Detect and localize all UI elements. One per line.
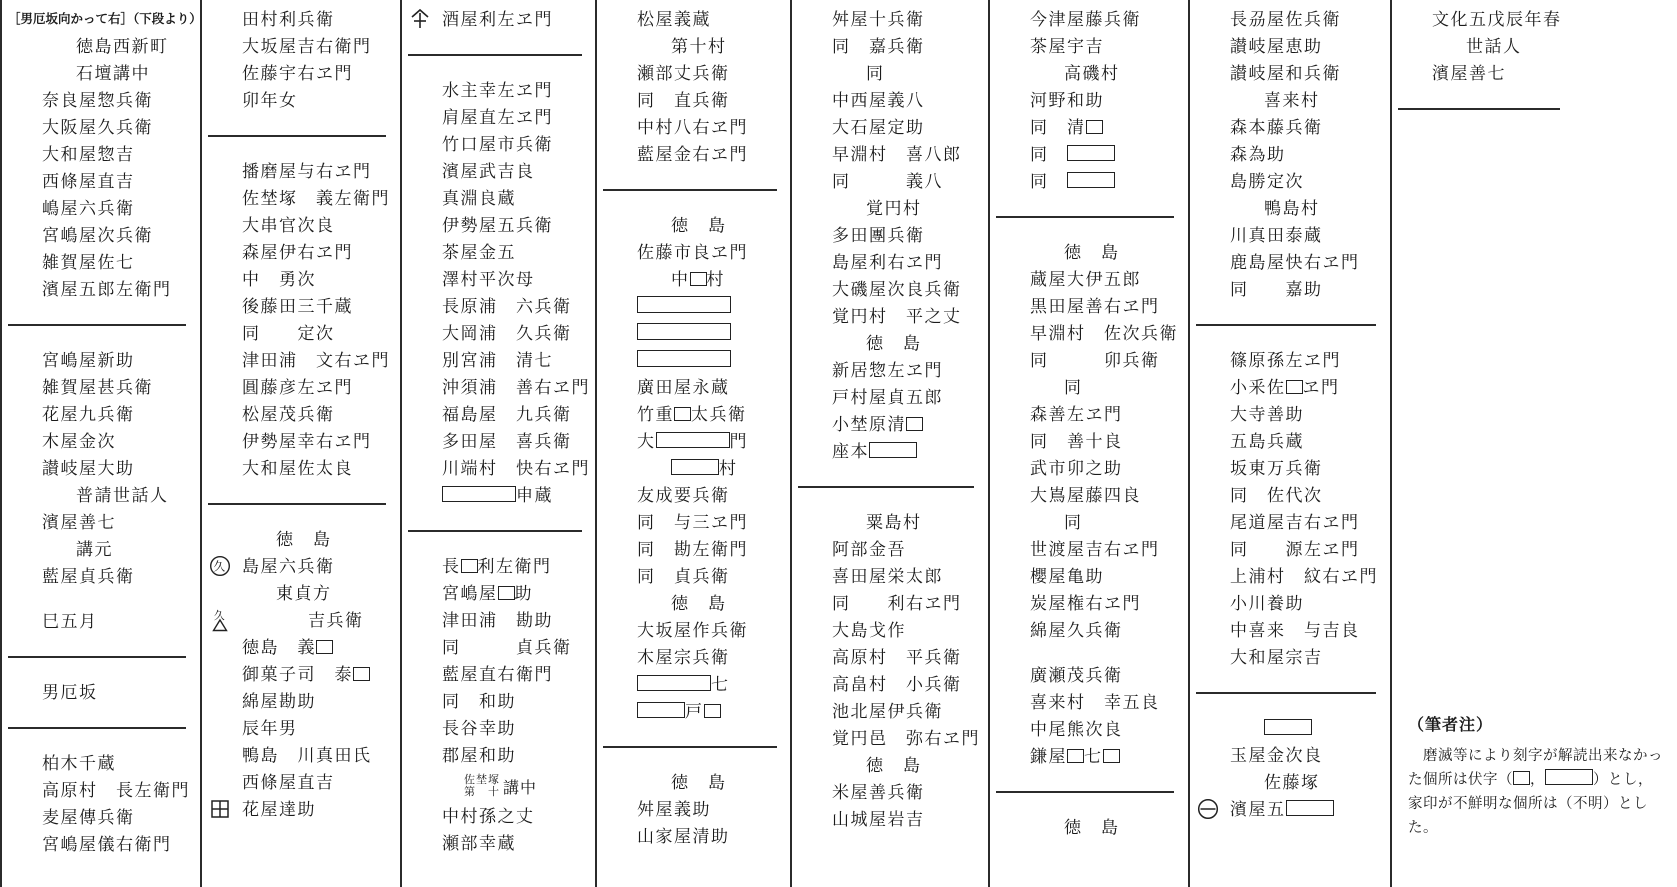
redacted-box-w (637, 675, 711, 691)
name-entry-text: 舛屋義助 (637, 800, 711, 819)
redacted-box-b (1067, 749, 1084, 763)
name-entry-row: 麦屋傳兵衛 (2, 804, 200, 831)
name-entry-row: 徳 島 (792, 752, 988, 779)
name-entry-row: 大石屋定助 (792, 114, 988, 141)
name-entry-row: 長谷幸助 (402, 715, 595, 742)
divider-row (1392, 87, 1677, 131)
name-entry-text: 花屋達助 (242, 800, 316, 819)
name-entry-row: 徳 島 (597, 769, 790, 796)
name-entry-row: 同 源左ヱ門 (1190, 536, 1390, 563)
name-entry-text: 郡屋和助 (442, 746, 516, 765)
name-entry-text: 沖須浦 善右ヱ門 (442, 378, 590, 397)
name-entry-text: 森為助 (1230, 145, 1286, 164)
name-entry-row: 木屋金次 (2, 428, 200, 455)
name-entry-row: 御菓子司 泰 (202, 661, 400, 688)
name-entry-text: 鎌屋七 (1030, 747, 1120, 766)
name-entry-text: 大嶌屋藤四良 (1030, 486, 1141, 505)
name-entry-text: 徳 島 (1064, 818, 1120, 837)
column-4: 松屋義蔵第十村瀬部丈兵衛同 直兵衛中村八右ヱ門藍屋金右ヱ門徳 島佐藤市良ヱ門中村… (595, 0, 790, 887)
name-entry-text (1264, 719, 1312, 738)
name-entry-row: 中村 (597, 266, 790, 293)
name-entry-row: 肩屋直左ヱ門 (402, 104, 595, 131)
name-entry-row: 佐藤宇右ヱ門 (202, 60, 400, 87)
redacted-box-m (869, 442, 917, 458)
name-entry-text: 茶屋金五 (442, 243, 516, 262)
name-entry-row: 早淵村 喜八郎 (792, 141, 988, 168)
name-entry-text: 申蔵 (442, 486, 553, 505)
name-entry-row: 男厄坂 (2, 679, 200, 706)
name-entry-row: 長利左衛門 (402, 553, 595, 580)
kamon-crossed-square-icon (209, 798, 231, 820)
name-entry-text: 徳 島 (671, 594, 727, 613)
name-entry-text: 大岡浦 久兵衛 (442, 324, 572, 343)
section-divider-line (798, 486, 974, 488)
name-entry-row: 卯年女 (202, 87, 400, 114)
name-entry-text: 戸 (637, 702, 721, 721)
name-entry-text: 中喜来 与吉良 (1230, 621, 1360, 640)
name-entry-row: 大島戈作 (792, 617, 988, 644)
name-entry-row: 森為助 (1190, 141, 1390, 168)
name-entry-row: 中喜来 与吉良 (1190, 617, 1390, 644)
name-entry-text: 森本藤兵衛 (1230, 118, 1323, 137)
name-entry-row: 炭屋権右ヱ門 (990, 590, 1188, 617)
name-entry-row: 尾道屋吉右ヱ門 (1190, 509, 1390, 536)
name-entry-text: 蔵屋大伊五郎 (1030, 270, 1141, 289)
kamon-circled-kyu-icon: 久 (209, 555, 231, 577)
name-entry-row: 篠原孫左ヱ門 (1190, 347, 1390, 374)
name-entry-text: 宮嶋屋新助 (42, 351, 135, 370)
name-entry-text: 播磨屋与右ヱ門 (242, 162, 372, 181)
name-entry-row: 村 (597, 455, 790, 482)
name-entry-row: 鎌屋七 (990, 743, 1188, 770)
name-entry-row: 坂東万兵衛 (1190, 455, 1390, 482)
name-entry-row: 同 (990, 509, 1188, 536)
name-entry-row: 徳島 義 (202, 634, 400, 661)
name-entry-text: 大阪屋久兵衛 (42, 118, 153, 137)
name-entry-row: 宮嶋屋新助 (2, 347, 200, 374)
name-entry-row: 長刕屋佐兵衛 (1190, 6, 1390, 33)
name-entry-text: 山城屋岩吉 (832, 810, 925, 829)
name-entry-text: 玉屋金次良 (1230, 746, 1323, 765)
name-entry-row: 五島兵蔵 (1190, 428, 1390, 455)
name-entry-row: 藍屋貞兵衛 (2, 563, 200, 590)
name-entry-text: 友成要兵衛 (637, 486, 730, 505)
divider-row (990, 770, 1188, 814)
name-entry-text: 同 勘左衛門 (637, 540, 748, 559)
name-entry-text: 雑賀屋甚兵衛 (42, 378, 153, 397)
name-entry-text: 森屋伊右ヱ門 (242, 243, 353, 262)
name-entry-row: 阿部金吾 (792, 536, 988, 563)
name-entry-text: 小釆佐ヱ門 (1230, 378, 1340, 397)
name-entry-text: 中西屋義八 (832, 91, 925, 110)
redacted-box-b (1086, 120, 1103, 134)
name-entry-row: 瀬部丈兵衛 (597, 60, 790, 87)
name-entry-row: 中尾熊次良 (990, 716, 1188, 743)
name-entry-row: 石壇講中 (2, 60, 200, 87)
name-entry-text: 後藤田三千蔵 (242, 297, 353, 316)
name-entry-text: 東貞方 (276, 584, 332, 603)
section-divider-line (603, 189, 777, 191)
name-entry-row: 戸村屋貞五郎 (792, 384, 988, 411)
name-entry-text: 廣瀬茂兵衛 (1030, 666, 1123, 685)
name-entry-row: 中村孫之丈 (402, 803, 595, 830)
name-entry-row: 藍屋金右ヱ門 (597, 141, 790, 168)
section-divider-line (8, 656, 186, 658)
redacted-box-b (461, 559, 478, 573)
name-entry-row: 世話人 (1392, 33, 1677, 60)
redacted-box-b (1513, 771, 1530, 785)
name-entry-text: 鹿島屋快右ヱ門 (1230, 253, 1360, 272)
name-entry-text: 同 貞兵衛 (442, 638, 572, 657)
name-entry-row: 森本藤兵衛 (1190, 114, 1390, 141)
name-entry-row: 津田浦 勘助 (402, 607, 595, 634)
name-entry-text: 津田浦 文右ヱ門 (242, 351, 390, 370)
transcriber-note: （筆者注） 磨滅等により刻字が解読出来なかった個所は伏字（，）とし，家印が不鮮明… (1392, 712, 1677, 841)
name-entry-text: 第十村 (671, 37, 727, 56)
name-entry-text: 高磯村 (1064, 64, 1120, 83)
name-entry-row: 玉屋金次良 (1190, 742, 1390, 769)
name-entry-row: 大岡浦 久兵衛 (402, 320, 595, 347)
name-entry-row: 同 清 (990, 114, 1188, 141)
name-entry-text: 早淵村 佐次兵衛 (1030, 324, 1178, 343)
column-1: ［男厄坂向かって右］（下段より）徳島西新町石壇講中奈良屋惣兵衛大阪屋久兵衛大和屋… (0, 0, 200, 887)
name-entry-row: 柏木千蔵 (2, 750, 200, 777)
name-entry-text: 講元 (76, 540, 113, 559)
name-entry-text: 嶋屋六兵衛 (42, 199, 135, 218)
name-entry-row: 津田浦 文右ヱ門 (202, 347, 400, 374)
name-entry-text: 濱屋武吉良 (442, 162, 535, 181)
divider-row (2, 635, 200, 679)
name-entry-text: 小川養助 (1230, 594, 1304, 613)
name-entry-row: 高原村 平兵衛 (792, 644, 988, 671)
name-entry-text: 島屋六兵衛 (242, 557, 335, 576)
redacted-box-b (906, 417, 923, 431)
name-entry-text (637, 324, 731, 343)
divider-row (2, 706, 200, 750)
stacked-suffix-text: 講中 (503, 775, 537, 798)
name-entry-row: 水主幸左ヱ門 (402, 77, 595, 104)
name-entry-text: 同 嘉助 (1230, 280, 1323, 299)
transcriber-note-title: （筆者注） (1408, 712, 1665, 735)
name-entry-row: 小釆佐ヱ門 (1190, 374, 1390, 401)
name-entry-text: 男厄坂 (42, 683, 98, 702)
name-entry-text: 上浦村 紋右ヱ門 (1230, 567, 1378, 586)
name-entry-row: 花屋九兵衛 (2, 401, 200, 428)
name-entry-row: 宮嶋屋次兵衛 (2, 222, 200, 249)
name-entry-text: 武市卯之助 (1030, 459, 1123, 478)
name-entry-text: 多田屋 喜兵衛 (442, 432, 572, 451)
section-divider-line (208, 135, 386, 137)
redacted-box-b (316, 640, 333, 654)
kamon-caret-cross-icon (409, 8, 431, 30)
name-entry-row: 大坂屋作兵衛 (597, 617, 790, 644)
name-entry-text: 西條屋直吉 (242, 773, 335, 792)
redacted-box-b (1103, 749, 1120, 763)
name-entry-text: 真淵良蔵 (442, 189, 516, 208)
column-8: 文化五戊辰年春世話人濱屋善七（筆者注） 磨滅等により刻字が解読出来なかった個所は… (1390, 0, 1677, 887)
name-entry-text: 福島屋 九兵衛 (442, 405, 572, 424)
name-entry-row: 鴨島村 (1190, 195, 1390, 222)
name-entry-row: 徳 島 (597, 590, 790, 617)
name-entry-row: 竹重太兵衛 (597, 401, 790, 428)
name-entry-text: 澤村平次母 (442, 270, 535, 289)
name-entry-row: 鴨島 川真田氏 (202, 742, 400, 769)
name-entry-row: 同 勘左衛門 (597, 536, 790, 563)
name-entry-text: 多田團兵衛 (832, 226, 925, 245)
name-entry-text: 粟島村 (866, 513, 922, 532)
name-entry-text: 圓藤彦左ヱ門 (242, 378, 353, 397)
name-entry-text: 文化五戊辰年春 (1432, 10, 1562, 29)
name-entry-row: 高磯村 (990, 60, 1188, 87)
name-entry-text: 佐藤宇右ヱ門 (242, 64, 353, 83)
name-entry-text: 五島兵蔵 (1230, 432, 1304, 451)
name-entry-text: 濱屋善七 (1432, 64, 1506, 83)
name-entry-text: 徳 島 (866, 756, 922, 775)
name-entry-text: 喜田屋栄太郎 (832, 567, 943, 586)
name-entry-row: 濱屋五郎左衛門 (2, 276, 200, 303)
name-entry-row: 同 和助 (402, 688, 595, 715)
name-entry-row: 大門 (597, 428, 790, 455)
name-entry-row: 瀬部幸蔵 (402, 830, 595, 857)
name-entry-text: 麦屋傳兵衛 (42, 808, 135, 827)
name-entry-row: 舛屋十兵衛 (792, 6, 988, 33)
name-entry-text: 津田浦 勘助 (442, 611, 553, 630)
name-entry-text: 別宮浦 清七 (442, 351, 553, 370)
name-entry-row: 雑賀屋甚兵衛 (2, 374, 200, 401)
name-entry-text: 覚円邑 弥右ヱ門 (832, 729, 980, 748)
section-divider-line (996, 791, 1174, 793)
name-entry-row: 同 (990, 141, 1188, 168)
name-entry-row: 島勝定次 (1190, 168, 1390, 195)
name-entry-row: 同 義八 (792, 168, 988, 195)
name-entry-text: 櫻屋亀助 (1030, 567, 1104, 586)
scanned-register-page: ［男厄坂向かって右］（下段より）徳島西新町石壇講中奈良屋惣兵衛大阪屋久兵衛大和屋… (0, 0, 1677, 887)
name-entry-row: 佐埜塚 義左衛門 (202, 185, 400, 212)
name-entry-text: 宮嶋屋次兵衛 (42, 226, 153, 245)
redacted-box-xl (637, 350, 731, 367)
name-entry-text: 佐藤塚 (1264, 773, 1320, 792)
name-entry-row: 松屋義蔵 (597, 6, 790, 33)
name-entry-row: 上浦村 紋右ヱ門 (1190, 563, 1390, 590)
name-entry-text: 大門 (637, 432, 748, 451)
name-entry-row: 徳 島 (990, 814, 1188, 841)
name-entry-row: 同 定次 (202, 320, 400, 347)
name-entry-text (637, 297, 731, 316)
vertical-gap (990, 644, 1188, 662)
column-7: 長刕屋佐兵衛讃岐屋恵助讃岐屋和兵衛喜来村森本藤兵衛森為助島勝定次鴨島村川真田泰蔵… (1188, 0, 1390, 887)
name-entry-text: 讃岐屋大助 (42, 459, 135, 478)
name-entry-row: 普請世話人 (2, 482, 200, 509)
column-header-row: ［男厄坂向かって右］（下段より） (2, 6, 200, 33)
name-entry-row: 新居惣左ヱ門 (792, 357, 988, 384)
name-entry-row: 澤村平次母 (402, 266, 595, 293)
name-entry-row: 讃岐屋恵助 (1190, 33, 1390, 60)
name-entry-row: 宮嶋屋助 (402, 580, 595, 607)
name-entry-text: 同 佐代次 (1230, 486, 1323, 505)
name-entry-text: 佐藤市良ヱ門 (637, 243, 748, 262)
name-entry-text: 島勝定次 (1230, 172, 1304, 191)
name-entry-text: 讃岐屋和兵衛 (1230, 64, 1341, 83)
column-2: 田村利兵衛大坂屋吉右衛門佐藤宇右ヱ門卯年女播磨屋与右ヱ門佐埜塚 義左衛門大串官次… (200, 0, 400, 887)
name-entry-text: 同 (1030, 172, 1115, 191)
name-entry-text: 大島戈作 (832, 621, 906, 640)
name-entry-text: 舛屋十兵衛 (832, 10, 925, 29)
name-entry-text: 吉兵衛 (308, 611, 364, 630)
name-entry-row: 覚円村 平之丈 (792, 303, 988, 330)
name-entry-row: 山城屋岩吉 (792, 806, 988, 833)
name-entry-row: 今津屋藤兵衛 (990, 6, 1188, 33)
section-divider-line (1196, 324, 1376, 326)
redacted-box-m (1067, 145, 1115, 161)
name-entry-text: 巳五月 (42, 612, 98, 631)
name-entry-text: 今津屋藤兵衛 (1030, 10, 1141, 29)
redacted-box-m (671, 459, 719, 475)
name-entry-text: 森善左ヱ門 (1030, 405, 1123, 424)
redacted-box-m (1286, 800, 1334, 816)
name-entry-text: 中尾熊次良 (1030, 720, 1123, 739)
name-entry-text: 伊勢屋五兵衛 (442, 216, 553, 235)
name-entry-row: 喜田屋栄太郎 (792, 563, 988, 590)
redacted-box-b (674, 407, 691, 421)
name-entry-row: 森善左ヱ門 (990, 401, 1188, 428)
name-entry-row: 同 善十良 (990, 428, 1188, 455)
name-entry-text: 坂東万兵衛 (1230, 459, 1323, 478)
name-entry-text: 同 和助 (442, 692, 516, 711)
name-entry-row: 長原浦 六兵衛 (402, 293, 595, 320)
name-entry-text: 同 与三ヱ門 (637, 513, 748, 532)
name-entry-row: 山家屋清助 (597, 823, 790, 850)
divider-row (202, 482, 400, 526)
name-entry-row: 舛屋義助 (597, 796, 790, 823)
redacted-box-w (656, 432, 730, 448)
name-entry-row: 小川養助 (1190, 590, 1390, 617)
name-entry-text: 大和屋佐太良 (242, 459, 353, 478)
name-entry-text: 高原村 長左衛門 (42, 781, 190, 800)
stacked-annotation-row: 佐埜塚第 十講中 (402, 769, 595, 803)
name-entry-text: 濱屋五 (1230, 800, 1334, 819)
name-entry-text: 島屋利右ヱ門 (832, 253, 943, 272)
name-entry-row: 同 貞兵衛 (597, 563, 790, 590)
name-entry-row: 同 利右ヱ門 (792, 590, 988, 617)
name-entry-row: 戸 (597, 698, 790, 725)
column-header-text: ［男厄坂向かって右］（下段より） (8, 12, 202, 26)
name-entry-text: 木屋金次 (42, 432, 116, 451)
name-entry-row: 同 嘉兵衛 (792, 33, 988, 60)
name-entry-text: 鴨島 川真田氏 (242, 746, 372, 765)
name-entry-text: 濱屋善七 (42, 513, 116, 532)
name-entry-text: 同 清 (1030, 118, 1103, 137)
name-entry-text: 徳 島 (276, 530, 332, 549)
name-entry-row: 森屋伊右ヱ門 (202, 239, 400, 266)
name-entry-text: 同 善十良 (1030, 432, 1123, 451)
section-divider-line (1398, 108, 1560, 110)
name-entry-text: 七 (637, 675, 730, 694)
name-entry-text: 早淵村 喜八郎 (832, 145, 962, 164)
name-entry-row: 伊勢屋幸右ヱ門 (202, 428, 400, 455)
name-entry-row: 久島屋六兵衛 (202, 553, 400, 580)
name-entry-row: 河野和助 (990, 87, 1188, 114)
name-entry-row: 川端村 快右ヱ門 (402, 455, 595, 482)
name-entry-text: 柏木千蔵 (42, 754, 116, 773)
name-entry-row: 蔵屋大伊五郎 (990, 266, 1188, 293)
name-entry-row: 大磯屋次良兵衛 (792, 276, 988, 303)
name-entry-text: 廣田屋永蔵 (637, 378, 730, 397)
name-entry-row: 同 (990, 374, 1188, 401)
name-entry-row: 大寺善助 (1190, 401, 1390, 428)
name-entry-text: 同 利右ヱ門 (832, 594, 962, 613)
name-entry-text: 同 定次 (242, 324, 335, 343)
name-entry-text: 田村利兵衛 (242, 10, 335, 29)
column-3: 酒屋利左ヱ門水主幸左ヱ門肩屋直左ヱ門竹口屋市兵衛濱屋武吉良真淵良蔵伊勢屋五兵衛茶… (400, 0, 595, 887)
name-entry-row: 松屋茂兵衛 (202, 401, 400, 428)
name-entry-text: 西條屋直吉 (42, 172, 135, 191)
name-entry-row: 同 卯兵衛 (990, 347, 1188, 374)
name-entry-row: 酒屋利左ヱ門 (402, 6, 595, 33)
name-entry-text: 戸村屋貞五郎 (832, 388, 943, 407)
divider-row (1190, 671, 1390, 715)
name-entry-text: 大磯屋次良兵衛 (832, 280, 962, 299)
name-entry-text: 濱屋五郎左衛門 (42, 280, 172, 299)
name-entry-text: 御菓子司 泰 (242, 665, 370, 684)
name-entry-row: 廣田屋永蔵 (597, 374, 790, 401)
section-divider-line (408, 530, 582, 532)
name-entry-text: 大坂屋作兵衛 (637, 621, 748, 640)
name-entry-text: 酒屋利左ヱ門 (442, 10, 553, 29)
name-entry-text: 覚円村 平之丈 (832, 307, 962, 326)
name-entry-text: 村 (671, 459, 738, 478)
name-entry-text: 同 貞兵衛 (637, 567, 730, 586)
name-entry-row: 小埜原清 (792, 411, 988, 438)
name-entry-row: 櫻屋亀助 (990, 563, 1188, 590)
name-entry-row: 覚円邑 弥右ヱ門 (792, 725, 988, 752)
name-entry-text: 竹口屋市兵衛 (442, 135, 553, 154)
name-entry-text: 松屋茂兵衛 (242, 405, 335, 424)
name-entry-row: 沖須浦 善右ヱ門 (402, 374, 595, 401)
name-entry-row: 濱屋武吉良 (402, 158, 595, 185)
divider-row (402, 509, 595, 553)
name-entry-row: 座本 (792, 438, 988, 465)
name-entry-text: 藍屋貞兵衛 (42, 567, 135, 586)
name-entry-row: 雑賀屋佐七 (2, 249, 200, 276)
redacted-box-b (704, 704, 721, 718)
name-entry-row: 藍屋直右衛門 (402, 661, 595, 688)
name-entry-row: 竹口屋市兵衛 (402, 131, 595, 158)
redacted-box-w (442, 486, 516, 502)
name-entry-row: 七 (597, 671, 790, 698)
redacted-box-m (1545, 769, 1593, 785)
name-entry-row: 大串官次良 (202, 212, 400, 239)
name-entry-row: 圓藤彦左ヱ門 (202, 374, 400, 401)
name-entry-row: 黒田屋善右ヱ門 (990, 293, 1188, 320)
section-divider-line (8, 727, 186, 729)
name-entry-text: 中 勇次 (242, 270, 316, 289)
redacted-box-xl (637, 323, 731, 340)
name-entry-text: 尾道屋吉右ヱ門 (1230, 513, 1360, 532)
name-entry-text: 喜来村 幸五良 (1030, 693, 1160, 712)
name-entry-text: 徳島 義 (242, 638, 333, 657)
divider-row (2, 303, 200, 347)
name-entry-text: 阿部金吾 (832, 540, 906, 559)
name-entry-text: 瀬部丈兵衛 (637, 64, 730, 83)
name-entry-text: 大和屋惣吉 (42, 145, 135, 164)
name-entry-text: 徳 島 (671, 773, 727, 792)
name-entry-text: 高畠村 小兵衛 (832, 675, 962, 694)
name-entry-text: 花屋九兵衛 (42, 405, 135, 424)
name-entry-row: 中 勇次 (202, 266, 400, 293)
name-entry-row: 讃岐屋和兵衛 (1190, 60, 1390, 87)
name-entry-text: 藍屋金右ヱ門 (637, 145, 748, 164)
name-entry-text: 同 (866, 64, 885, 83)
